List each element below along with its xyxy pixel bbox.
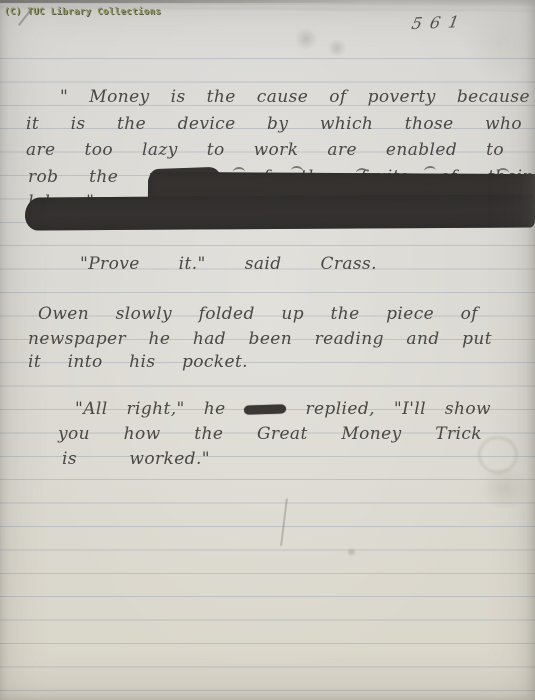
obscured-writing-trace xyxy=(497,168,509,178)
scan-edge-shadow xyxy=(0,0,375,3)
obscured-writing-trace xyxy=(424,165,437,176)
handwritten-line: it is the device by which those who xyxy=(26,114,522,138)
ink-redaction-lower xyxy=(25,194,535,230)
scribbled-out-word xyxy=(244,404,286,414)
obscured-writing-trace xyxy=(233,167,245,177)
handwritten-line: it into his pocket. xyxy=(28,352,248,376)
handwritten-text: replied, "I'll show xyxy=(305,399,491,419)
handwritten-line: newspaper he had been reading and put xyxy=(28,329,492,353)
handwritten-line: "Prove it." said Crass. xyxy=(80,254,377,278)
handwritten-text: "All right," he xyxy=(75,399,226,419)
handwritten-line: are too lazy to work are enabled to xyxy=(26,140,504,164)
manuscript-page: (C) TUC Library Collections 561 " Money … xyxy=(0,0,535,700)
handwritten-line: Owen slowly folded up the piece of xyxy=(38,304,478,328)
handwritten-line: "All right," he replied, "I'll show xyxy=(75,399,491,423)
obscured-writing-trace xyxy=(291,165,304,176)
handwritten-line: is worked." xyxy=(62,449,210,473)
handwritten-line: " Money is the cause of poverty because xyxy=(60,87,530,111)
smudge xyxy=(294,28,318,50)
obscured-writing-trace xyxy=(356,168,368,178)
page-number: 561 xyxy=(410,12,468,33)
handwritten-line: you how the Great Money Trick xyxy=(58,424,482,448)
smudge xyxy=(328,38,346,58)
